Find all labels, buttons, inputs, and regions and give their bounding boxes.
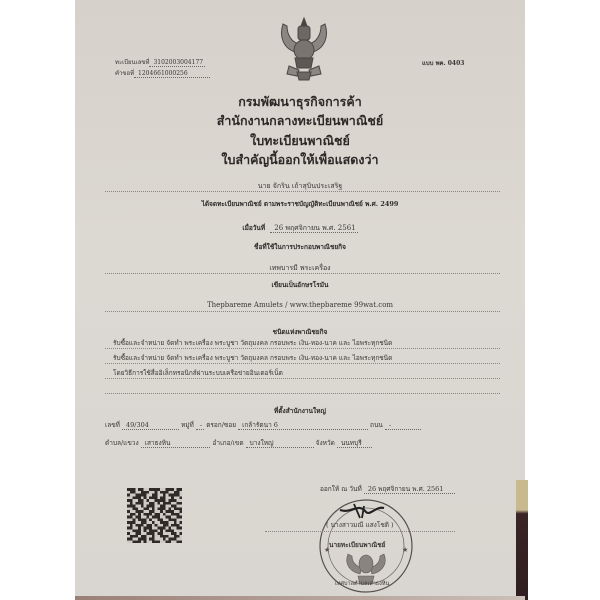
address-soi: เกล้ารัตนา 6 [238,421,368,430]
signatory-name: ( นางสาวมณี แสงโชติ ) [326,520,394,530]
issued-date-field: ออกให้ ณ วันที่ 26 พฤศจิกายน พ.ศ. 2561 [320,484,455,494]
business-type-label: ชนิดแห่งพาณิชยกิจ [75,327,525,337]
form-code: แบบ พค. 0403 [422,58,464,68]
business-type-line: รับซื้อและจำหน่าย จัดทำ พระเครื่อง พระบู… [113,353,392,363]
address-number: 49/304 [122,421,179,430]
registration-number: 3102003004177 [149,59,205,67]
address-line-1: เลขที่ 49/304 หมู่ที่ - ตรอก/ซอย เกล้ารั… [105,420,421,430]
province-label: จังหวัด [316,439,335,447]
address-subdistrict: เสาธงหิน [141,439,211,448]
registration-number-field: ทะเบียนเลขที่3102003004177 [115,57,205,67]
certificate-title: ใบทะเบียนพาณิชย์ [75,131,525,151]
garuda-emblem-icon [275,14,333,82]
svg-text:★: ★ [402,546,408,554]
certificate-statement: ใบสำคัญนี้ออกให้เพื่อแสดงว่า [75,150,525,170]
certificate-paper: ทะเบียนเลขที่3102003004177 คำขอที่120466… [75,0,525,600]
qr-code-icon [127,488,182,543]
registered-date-label: เมื่อวันที่ [242,224,265,232]
address-district: บางใหญ่ [246,439,314,448]
request-number-field: คำขอที่1204661000256 [115,68,210,78]
address-moo: - [196,421,204,430]
signatory-title: นายทะเบียนพาณิชย์ [329,540,385,550]
business-name-roman: Thepbareme Amulets / www.thepbareme 99wa… [75,301,525,309]
request-number: 1204661000256 [134,70,210,78]
subdistrict-label: ตำบล/แขวง [105,439,139,447]
moo-label: หมู่ที่ [181,421,194,429]
issued-date: 26 พฤศจิกายน พ.ศ. 2561 [364,485,456,494]
district-label: อำเภอ/เขต [213,439,244,447]
request-label: คำขอที่ [115,70,134,77]
registered-date-field: เมื่อวันที่ 26 พฤศจิกายน พ.ศ. 2561 [75,215,525,234]
stamp-text: เทศบาลตำบลเสาธงหิน [335,580,389,588]
issued-label: ออกให้ ณ วันที่ [320,485,362,493]
address-road: - [385,421,421,430]
registration-label: ทะเบียนเลขที่ [115,59,149,66]
road-label: ถนน [370,421,383,429]
address-line-2: ตำบล/แขวง เสาธงหิน อำเภอ/เขต บางใหญ่ จัง… [105,438,372,448]
registered-date: 26 พฤศจิกายน พ.ศ. 2561 [270,224,357,233]
business-type-line: รับซื้อและจำหน่าย จัดทำ พระเครื่อง พระบู… [113,338,392,348]
head-office-label: ที่ตั้งสำนักงานใหญ่ [75,406,525,416]
business-name-label: ชื่อที่ใช้ในการประกอบพาณิชยกิจ [75,242,525,252]
number-label: เลขที่ [105,421,120,429]
business-type-line: โดยวิธีการใช้สื่ออิเล็กทรอนิกส์ผ่านระบบเ… [113,368,283,378]
office-title: สำนักงานกลางทะเบียนพาณิชย์ [75,111,525,131]
roman-label: เขียนเป็นอักษรโรมัน [75,280,525,290]
paper-bottom-shadow [75,596,525,600]
registered-statement: ได้จดทะเบียนพาณิชย์ ตามพระราชบัญญัติทะเบ… [75,199,525,209]
address-province: นนทบุรี [337,439,372,448]
department-title: กรมพัฒนาธุรกิจการค้า [75,92,525,112]
desk-background [516,480,528,600]
soi-label: ตรอก/ซอย [206,421,236,429]
